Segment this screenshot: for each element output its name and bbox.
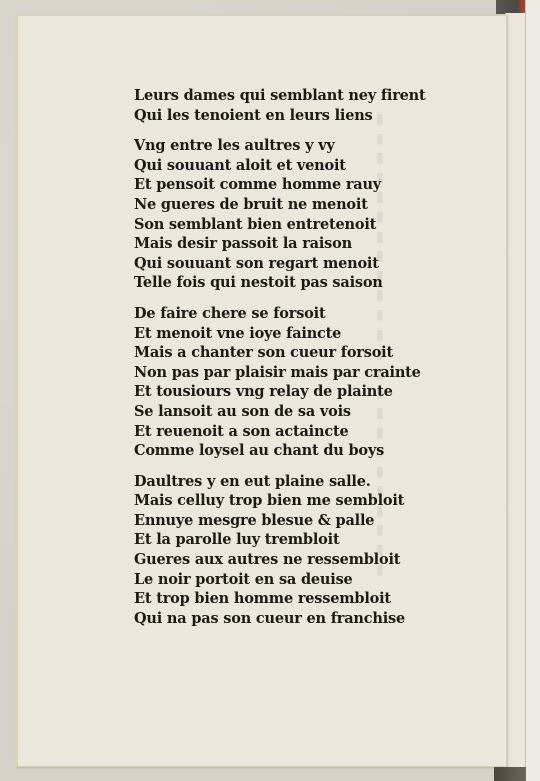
verse-line: Qui souuant aloit et venoit — [134, 156, 434, 176]
stanza-2: Vng entre les aultres y vy Qui souuant a… — [134, 136, 434, 293]
verse-line: Et reuenoit a son actaincte — [134, 422, 434, 442]
verse-line: Leurs dames qui semblant ney firent — [134, 86, 434, 106]
verse-line: Et pensoit comme homme rauy — [134, 175, 434, 195]
verse-line: Mais a chanter son cueur forsoit — [134, 343, 434, 363]
verse-line: Telle fois qui nestoit pas saison — [134, 273, 434, 293]
verse-line: Ne gueres de bruit ne menoit — [134, 195, 434, 215]
verse-line: Qui souuant son regart menoit — [134, 254, 434, 274]
verse-line: Qui les tenoient en leurs liens — [134, 106, 434, 126]
verse-line: Et trop bien homme ressembloit — [134, 589, 434, 609]
verse-line: Qui na pas son cueur en franchise — [134, 609, 434, 629]
verse-line: Et tousiours vng relay de plainte — [134, 382, 434, 402]
verse-line: Mais desir passoit la raison — [134, 234, 434, 254]
verse-line: Son semblant bien entretenoit — [134, 215, 434, 235]
verse-line: Non pas par plaisir mais par crainte — [134, 363, 434, 383]
verse-line: Ennuye mesgre blesue & palle — [134, 511, 434, 531]
stanza-4: Daultres y en eut plaine salle. Mais cel… — [134, 472, 434, 629]
verse-line: Et menoit vne ioye faincte — [134, 324, 434, 344]
facing-page-edge — [525, 0, 540, 781]
verse-line: Le noir portoit en sa deuise — [134, 570, 434, 590]
verse-line: Mais celluy trop bien me sembloit — [134, 491, 434, 511]
verse-line: Gueres aux autres ne ressembloit — [134, 550, 434, 570]
stanza-3: De faire chere se forsoit Et menoit vne … — [134, 304, 434, 461]
verse-line: Comme loysel au chant du boys — [134, 441, 434, 461]
verse-line: Daultres y en eut plaine salle. — [134, 472, 434, 492]
verse-line: De faire chere se forsoit — [134, 304, 434, 324]
page-gutter — [505, 13, 525, 769]
book-binding-bottom — [494, 767, 526, 781]
stanza-1: Leurs dames qui semblant ney firent Qui … — [134, 86, 434, 125]
verse-line: Et la parolle luy trembloit — [134, 530, 434, 550]
verse-text-block: Leurs dames qui semblant ney firent Qui … — [134, 86, 434, 639]
verse-line: Se lansoit au son de sa vois — [134, 402, 434, 422]
verse-line: Vng entre les aultres y vy — [134, 136, 434, 156]
